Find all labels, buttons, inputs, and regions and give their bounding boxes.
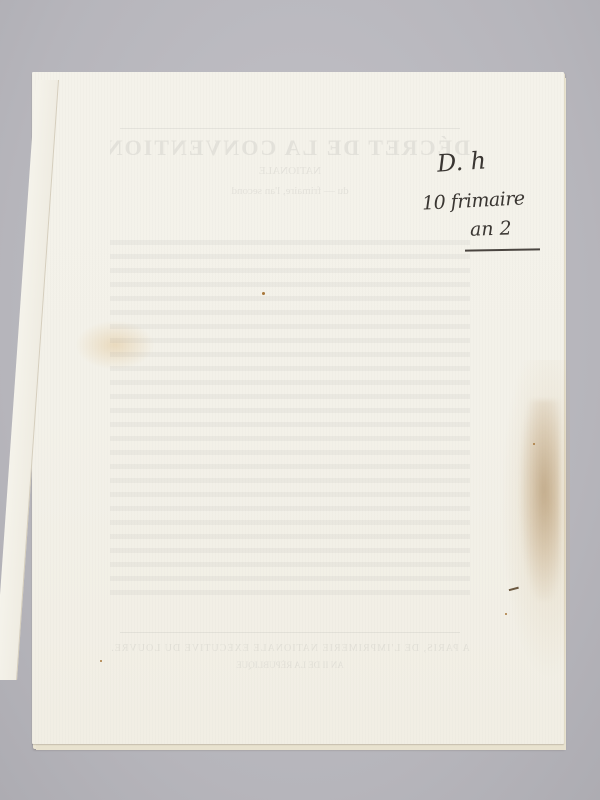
foxing-spot — [533, 443, 535, 445]
foxing-stain-right — [520, 400, 560, 600]
handwritten-annotation-line-3: an 2 — [470, 217, 512, 240]
bleed-through-date: du — frimaire, l'an second — [110, 185, 470, 197]
handwritten-annotation-line-1: D. h — [436, 146, 487, 177]
bleed-through-rule-top — [120, 128, 460, 129]
bleed-through-subtitle: NATIONALE — [110, 165, 470, 177]
foxing-spot — [505, 613, 507, 615]
bleed-through-body-text — [110, 240, 470, 600]
bleed-through-title: DÉCRET DE LA CONVENTION — [110, 135, 470, 161]
foxing-spot — [100, 660, 102, 662]
bleed-through-imprint: A PARIS, DE L'IMPRIMERIE NATIONALE EXÉCU… — [110, 643, 470, 654]
bleed-through-rule-bottom — [120, 632, 460, 633]
bleed-through-imprint-year: AN II DE LA RÉPUBLIQUE — [110, 660, 470, 670]
